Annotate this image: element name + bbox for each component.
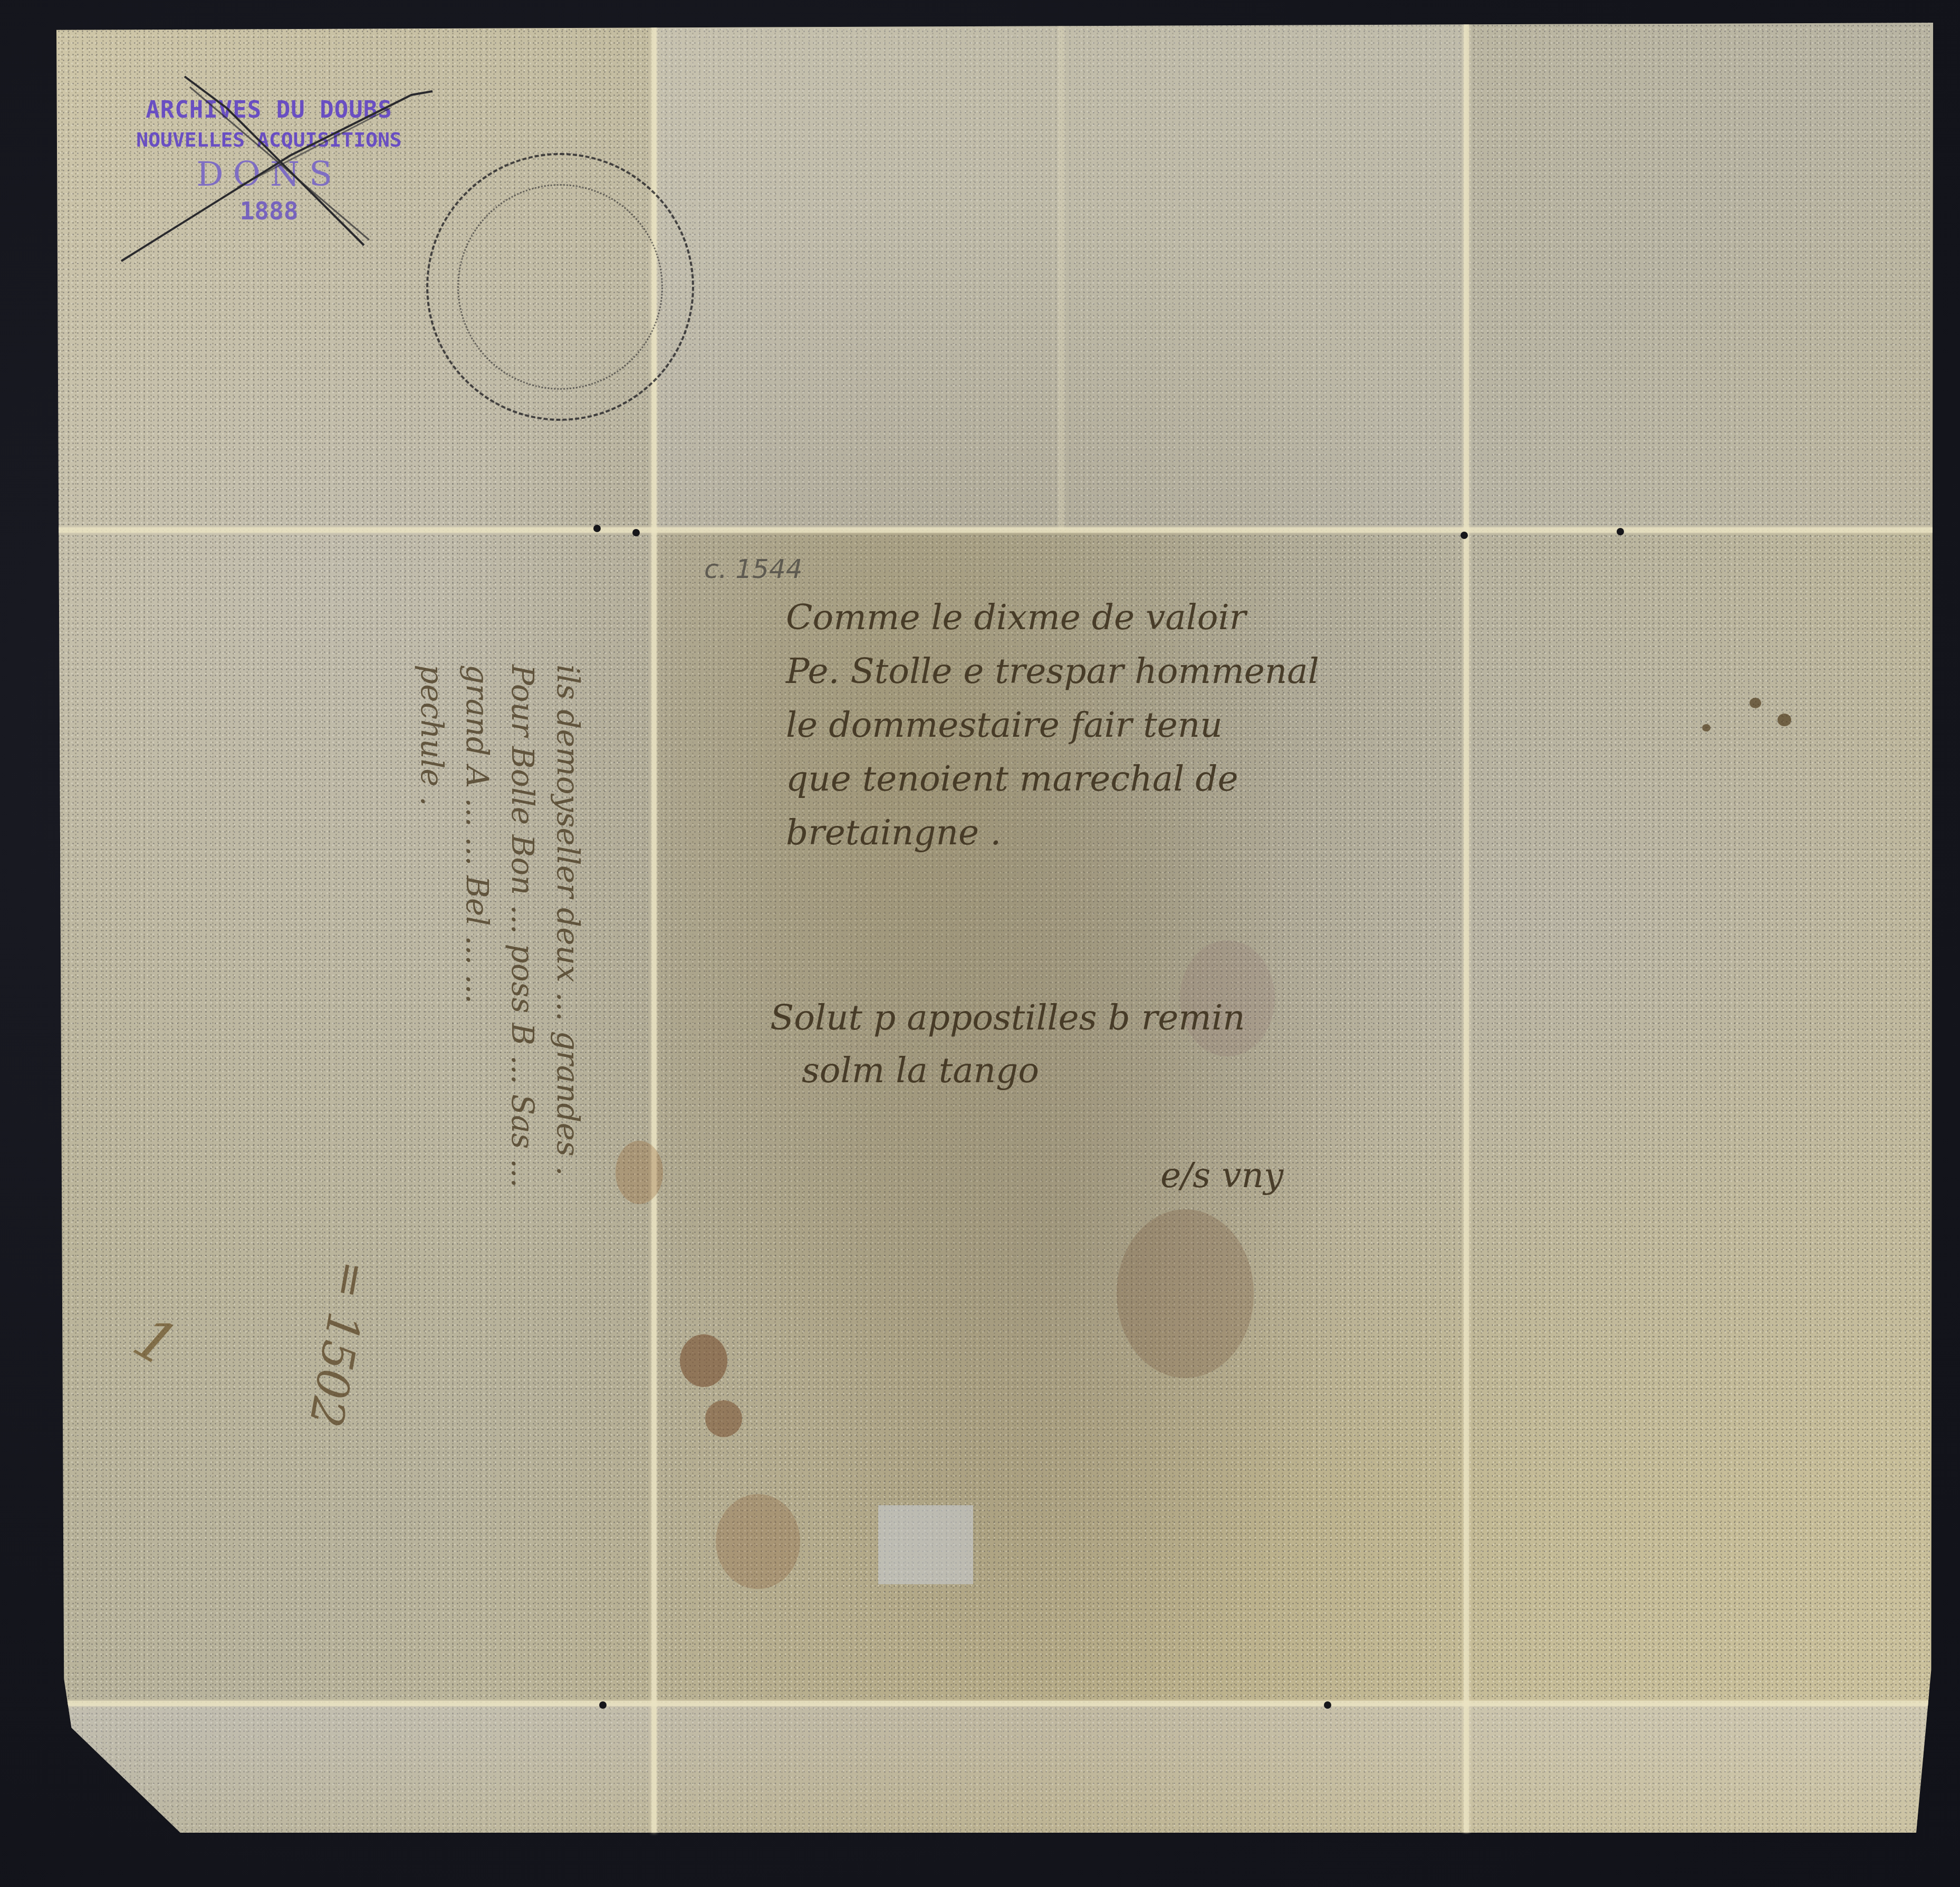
pin-hole <box>593 525 601 532</box>
handwritten-signature: e/s vny <box>1160 1155 1283 1196</box>
stamp-line-year: 1888 <box>111 195 427 227</box>
panel-top-right <box>1466 23 1933 530</box>
dark-spot <box>1778 714 1791 726</box>
brown-stain <box>716 1494 800 1589</box>
circular-postmark <box>426 153 694 421</box>
stamp-line-acquisitions: NOUVELLES ACQUISITIONS <box>111 126 427 154</box>
fold-line-upper <box>56 527 1933 533</box>
note-line: Pour Bolle Bon ... poss B ... Sas ... <box>500 665 545 1188</box>
note-line: solm la tango <box>770 1044 1245 1097</box>
stamp-line-dons: DONS <box>111 154 427 195</box>
archive-stamp: ARCHIVES DU DOUBS NOUVELLES ACQUISITIONS… <box>111 95 427 227</box>
note-line: Pe. Stolle e trespar hommenal <box>786 644 1319 698</box>
pin-hole <box>1324 1701 1331 1709</box>
stamp-line-archive: ARCHIVES DU DOUBS <box>111 95 427 126</box>
brown-stain <box>1117 1209 1254 1378</box>
pin-hole <box>632 529 640 536</box>
note-line: pechule . <box>409 665 455 1188</box>
fold-line-right <box>1464 23 1469 1833</box>
note-line: Solut p appostilles b remin <box>770 991 1245 1044</box>
note-line: Comme le dixme de valoir <box>786 591 1319 644</box>
note-line: bretaingne . <box>786 806 1319 860</box>
pencil-date-annotation: c. 1544 <box>704 554 803 584</box>
brown-stain <box>705 1400 742 1437</box>
handwritten-main-note: Comme le dixme de valoir Pe. Stolle e tr… <box>786 591 1319 860</box>
note-line: ils demoyseller deux ... grandes . <box>545 665 591 1188</box>
pin-hole <box>599 1701 607 1709</box>
note-line: le dommestaire fair tenu <box>786 698 1319 752</box>
handwritten-vertical-note: ils demoyseller deux ... grandes . Pour … <box>409 665 591 1188</box>
note-line: que tenoient marechal de <box>786 752 1319 806</box>
dark-spot <box>1750 698 1761 708</box>
fold-line-center-faint <box>1059 23 1064 529</box>
brown-stain <box>680 1334 727 1387</box>
panel-bottom-strip <box>56 1703 1933 1833</box>
note-line: grand A ... ... Bel ... ... <box>455 665 500 1188</box>
pin-hole <box>1617 528 1624 535</box>
handwritten-solution-note: Solut p appostilles b remin solm la tang… <box>770 991 1245 1097</box>
parchment-sheet <box>56 23 1933 1833</box>
brown-stain <box>616 1141 663 1204</box>
dark-spot <box>1702 724 1711 731</box>
paper-patch <box>878 1505 973 1584</box>
pin-hole <box>1461 532 1468 539</box>
fold-line-lower <box>56 1701 1933 1706</box>
